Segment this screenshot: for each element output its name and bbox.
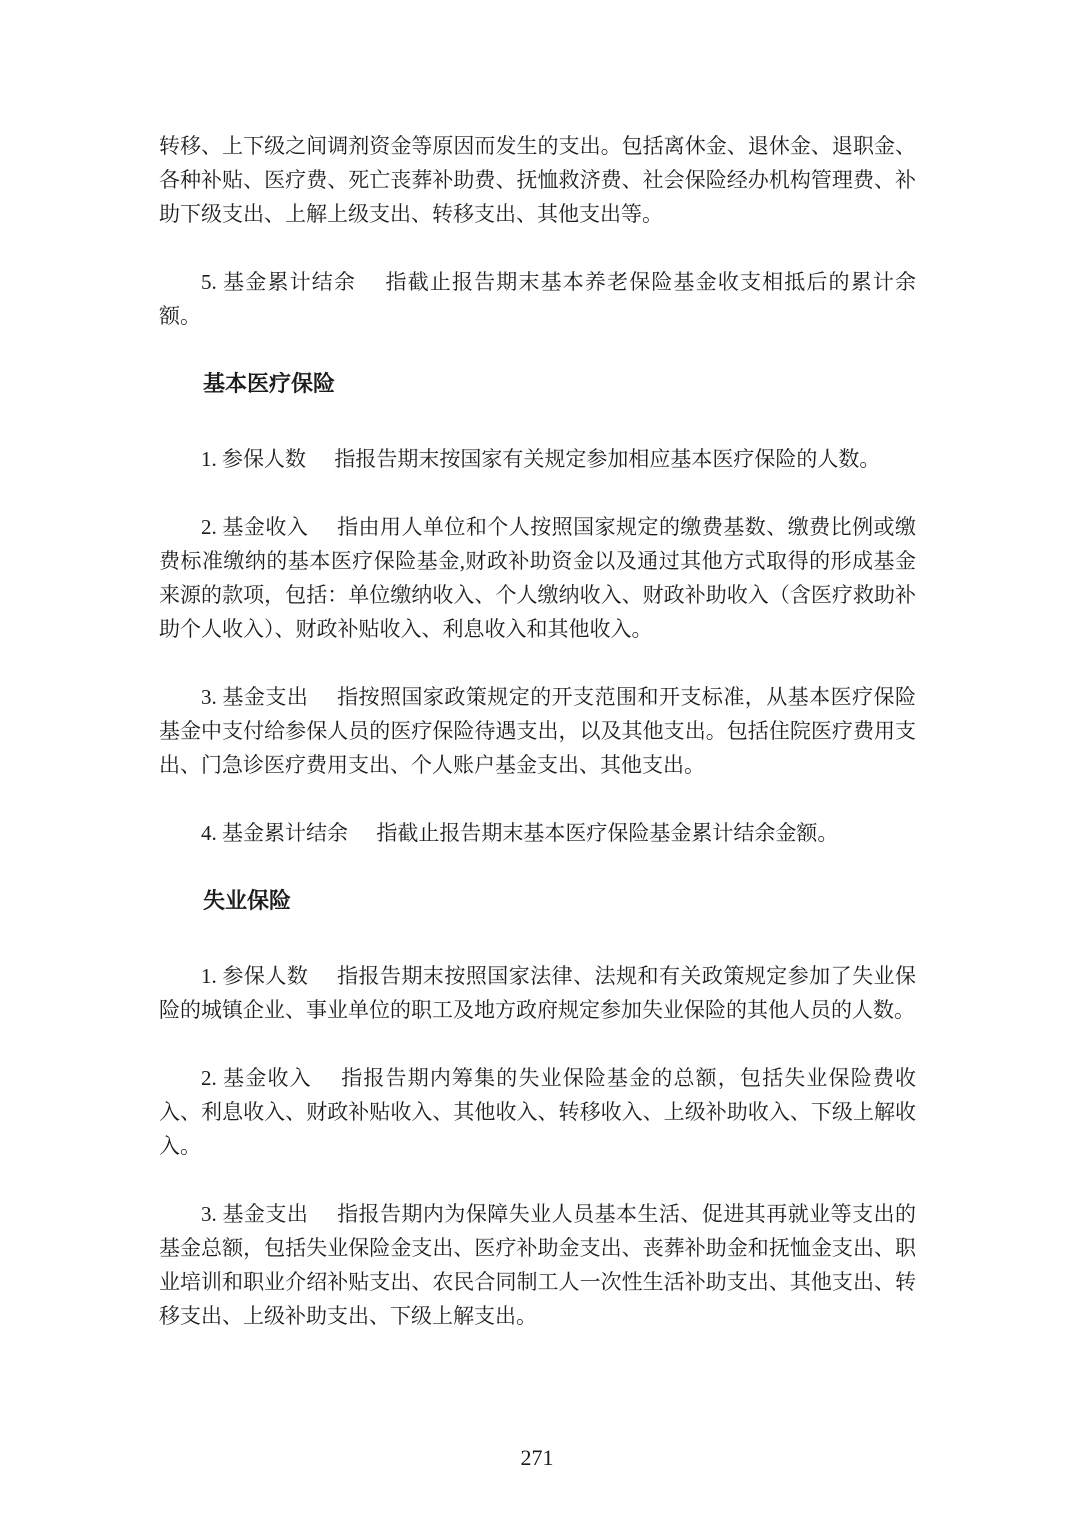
unemployment-item-1: 1. 参保人数指报告期末按照国家法律、法规和有关政策规定参加了失业保险的城镇企业… — [159, 959, 916, 1027]
continuation-paragraph: 转移、上下级之间调剂资金等原因而发生的支出。包括离休金、退休金、退职金、各种补贴… — [159, 129, 916, 231]
medical-item-4: 4. 基金累计结余指截止报告期末基本医疗保险基金累计结余金额。 — [159, 816, 916, 850]
unemployment-item-3: 3. 基金支出指报告期内为保障失业人员基本生活、促进其再就业等支出的基金总额，包… — [159, 1197, 916, 1333]
document-page: 转移、上下级之间调剂资金等原因而发生的支出。包括离休金、退休金、退职金、各种补贴… — [0, 0, 1074, 1520]
term-label: 5. 基金累计结余 — [201, 270, 356, 294]
term-definition: 指报告期末按国家有关规定参加相应基本医疗保险的人数。 — [334, 447, 880, 471]
term-label: 1. 参保人数 — [201, 964, 308, 988]
pension-item-5: 5. 基金累计结余指截止报告期末基本养老保险基金收支相抵后的累计余额。 — [159, 265, 916, 333]
section-heading-unemployment-insurance: 失业保险 — [159, 884, 916, 918]
unemployment-item-2: 2. 基金收入指报告期内筹集的失业保险基金的总额，包括失业保险费收入、利息收入、… — [159, 1061, 916, 1163]
medical-item-3: 3. 基金支出指按照国家政策规定的开支范围和开支标准，从基本医疗保险基金中支付给… — [159, 680, 916, 782]
page-content: 转移、上下级之间调剂资金等原因而发生的支出。包括离休金、退休金、退职金、各种补贴… — [159, 129, 916, 1367]
medical-item-1: 1. 参保人数指报告期末按国家有关规定参加相应基本医疗保险的人数。 — [159, 442, 916, 476]
section-heading-medical-insurance: 基本医疗保险 — [159, 367, 916, 401]
term-label: 2. 基金收入 — [201, 1066, 312, 1090]
term-label: 3. 基金支出 — [201, 685, 308, 709]
term-definition: 指截止报告期末基本医疗保险基金累计结余金额。 — [376, 821, 838, 845]
term-label: 4. 基金累计结余 — [201, 821, 348, 845]
term-label: 1. 参保人数 — [201, 447, 306, 471]
term-label: 2. 基金收入 — [201, 515, 308, 539]
term-label: 3. 基金支出 — [201, 1202, 308, 1226]
page-number: 271 — [0, 1443, 1074, 1473]
medical-item-2: 2. 基金收入指由用人单位和个人按照国家规定的缴费基数、缴费比例或缴费标准缴纳的… — [159, 510, 916, 646]
